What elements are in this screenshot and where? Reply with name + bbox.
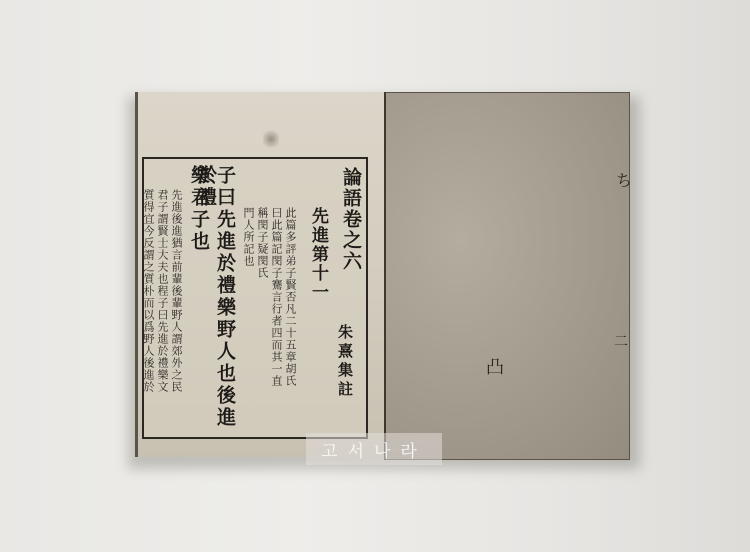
note-line: 門人所記也: [243, 207, 254, 267]
handwritten-mark: 凸: [486, 353, 504, 379]
commentary-line: 質得宜今反謂之質朴而以爲野人後進於: [143, 189, 154, 393]
right-page-blank: ち 二 凸: [385, 92, 630, 460]
ink-stain: [263, 128, 279, 150]
chapter-title: 先進第十一: [309, 207, 326, 302]
commentary-line: 君子謂賢士大夫也程子曰先進於禮樂文: [157, 189, 168, 393]
text-frame: 論語卷之六 先進第十一 此篇多評弟子賢否凡二十五章胡氏 曰此篇記閔子騫言行者四而…: [142, 157, 368, 439]
book-spine: [384, 92, 386, 460]
main-text-line: 樂君子也: [189, 165, 208, 253]
left-page: 論語卷之六 先進第十一 此篇多評弟子賢否凡二十五章胡氏 曰此篇記閔子騫言行者四而…: [135, 92, 385, 457]
commentary-line: 先進後進猶言前輩後輩野人謂郊外之民: [171, 189, 182, 393]
author: 朱熹集註: [337, 324, 352, 400]
note-line: 稱閔子疑閔氏: [257, 207, 268, 279]
watermark: 고서나라: [306, 433, 442, 465]
note-line: 曰此篇記閔子騫言行者四而其一直: [271, 207, 282, 387]
book-title: 論語卷之六: [341, 167, 360, 272]
handwritten-mark: ち: [616, 168, 632, 191]
handwritten-mark: 二: [614, 331, 628, 351]
note-line: 此篇多評弟子賢否凡二十五章胡氏: [285, 207, 296, 387]
